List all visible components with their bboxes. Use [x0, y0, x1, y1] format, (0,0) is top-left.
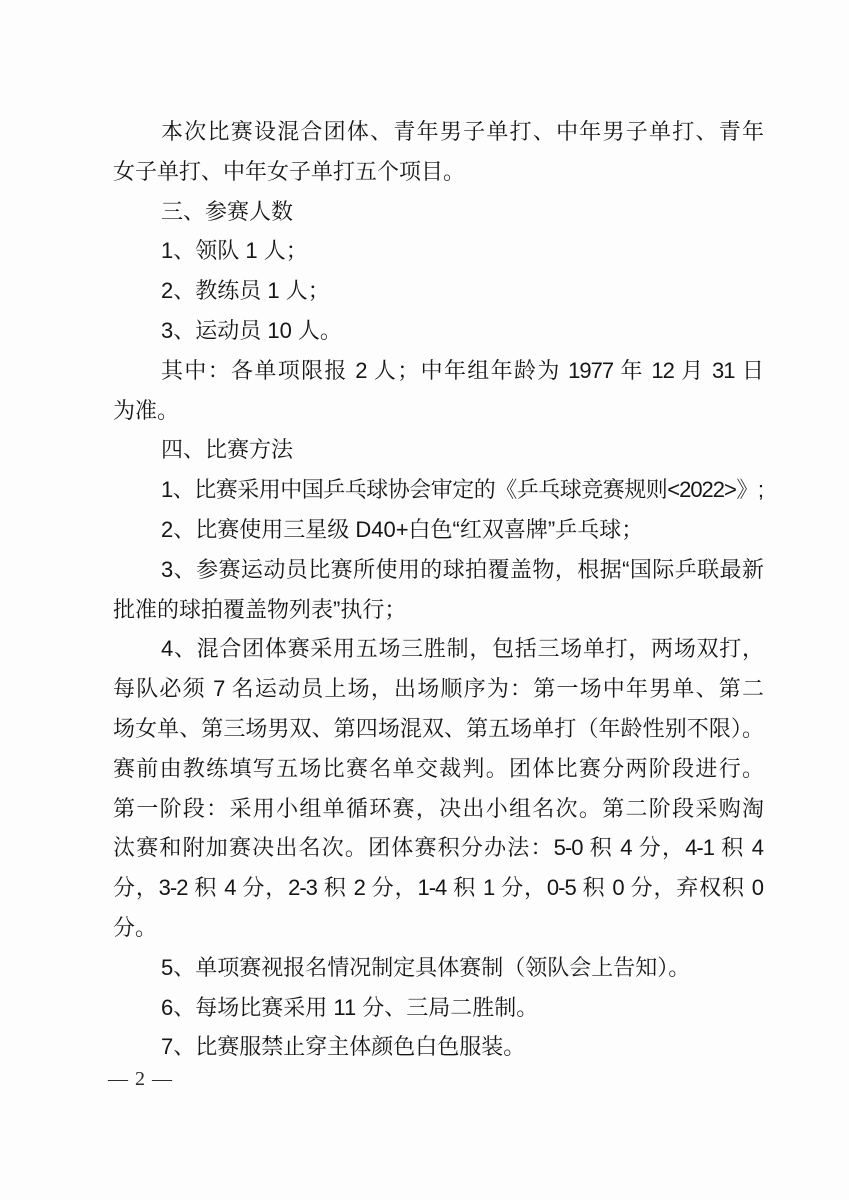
text-line: 分，3-2 积 4 分，2-3 积 2 分，1-4 积 1 分，0-5 积 0 …: [113, 868, 763, 908]
text-line: 批准的球拍覆盖物列表”执行；: [113, 590, 763, 630]
text-line: 4、混合团体赛采用五场三胜制，包括三场单打，两场双打，: [113, 629, 763, 669]
text-line: 3、参赛运动员比赛所使用的球拍覆盖物，根据“国际乒联最新: [113, 550, 763, 590]
text-line: 汰赛和附加赛决出名次。团体赛积分办法：5-0 积 4 分，4-1 积 4: [113, 828, 763, 868]
document-page: 本次比赛设混合团体、青年男子单打、中年男子单打、青年女子单打、中年女子单打五个项…: [0, 0, 849, 1200]
text-line: 6、每场比赛采用 11 分、三局二胜制。: [113, 988, 763, 1028]
text-line: 每队必须 7 名运动员上场，出场顺序为：第一场中年男单、第二: [113, 669, 763, 709]
text-line: 为准。: [113, 391, 763, 431]
text-line: 其中：各单项限报 2 人；中年组年龄为 1977 年 12 月 31 日: [113, 351, 763, 391]
text-line: 本次比赛设混合团体、青年男子单打、中年男子单打、青年: [113, 112, 763, 152]
text-line: 7、比赛服禁止穿主体颜色白色服装。: [113, 1027, 763, 1067]
text-line: 1、比赛采用中国乒乓球协会审定的《乒乓球竞赛规则<2022>》;: [113, 470, 763, 510]
text-line: 赛前由教练填写五场比赛名单交裁判。团体比赛分两阶段进行。: [113, 749, 763, 789]
text-line: 2、比赛使用三星级 D40+白色“红双喜牌”乒乓球；: [113, 510, 763, 550]
text-line: 三、参赛人数: [113, 192, 763, 232]
text-line: 场女单、第三场男双、第四场混双、第五场单打（年龄性别不限）。: [113, 709, 763, 749]
page-number: — 2 —: [108, 1066, 173, 1092]
text-line: 分。: [113, 908, 763, 948]
text-line: 1、领队 1 人；: [113, 231, 763, 271]
text-line: 四、比赛方法: [113, 430, 763, 470]
document-body: 本次比赛设混合团体、青年男子单打、中年男子单打、青年女子单打、中年女子单打五个项…: [113, 112, 763, 1067]
text-line: 2、教练员 1 人；: [113, 271, 763, 311]
text-line: 女子单打、中年女子单打五个项目。: [113, 152, 763, 192]
text-line: 3、运动员 10 人。: [113, 311, 763, 351]
text-line: 5、单项赛视报名情况制定具体赛制（领队会上告知）。: [113, 948, 763, 988]
text-line: 第一阶段：采用小组单循环赛，决出小组名次。第二阶段采购淘: [113, 789, 763, 829]
